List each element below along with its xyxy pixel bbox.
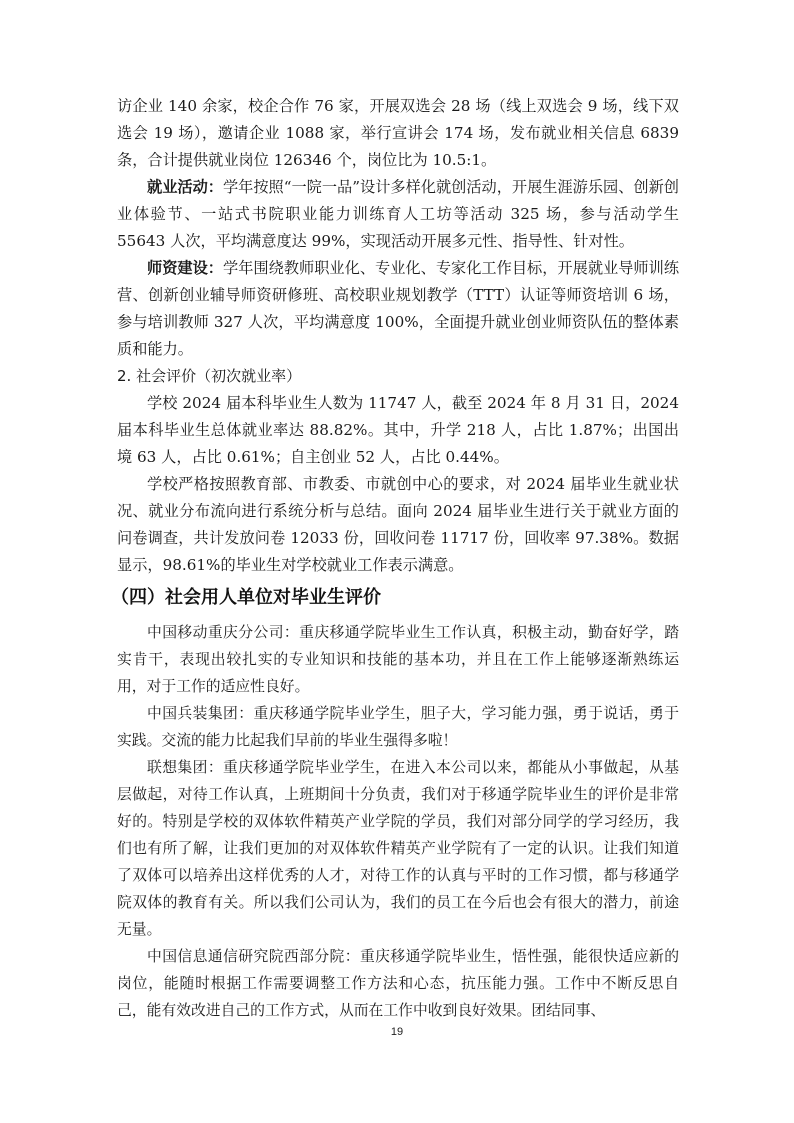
paragraph-employment-rate: 学校 2024 届本科毕业生人数为 11747 人，截至 2024 年 8 月 … xyxy=(117,390,679,471)
review-caict-west: 中国信息通信研究院西部分院：重庆移通学院毕业生，悟性强，能很快适应新的岗位，能随… xyxy=(117,943,679,1024)
paragraph-survey: 学校严格按照教育部、市教委、市就创中心的要求，对 2024 届毕业生就业状况、就… xyxy=(117,471,679,579)
review-china-mobile: 中国移动重庆分公司：重庆移通学院毕业生工作认真，积极主动，勤奋好学，踏实肯干，表… xyxy=(117,619,679,700)
review-cscgc: 中国兵装集团：重庆移通学院毕业学生，胆子大，学习能力强，勇于说话，勇于实践。交流… xyxy=(117,700,679,754)
page-number: 19 xyxy=(0,1026,794,1038)
label-employment-activities: 就业活动： xyxy=(147,178,223,196)
section-title-employer-evaluation: （四）社会用人单位对毕业生评价 xyxy=(111,583,679,613)
paragraph-employment-activities: 就业活动：学年按照“一院一品”设计多样化就创活动，开展生涯游乐园、创新创业体验节… xyxy=(117,174,679,255)
subheading-social-evaluation: 2. 社会评价（初次就业率） xyxy=(117,363,679,390)
page-content: 访企业 140 余家，校企合作 76 家，开展双选会 28 场（线上双选会 9 … xyxy=(117,93,679,1024)
document-page: 访企业 140 余家，校企合作 76 家，开展双选会 28 场（线上双选会 9 … xyxy=(0,0,794,1123)
paragraph-enterprise-visits: 访企业 140 余家，校企合作 76 家，开展双选会 28 场（线上双选会 9 … xyxy=(117,93,679,174)
paragraph-faculty-building: 师资建设：学年围绕教师职业化、专业化、专家化工作目标，开展就业导师训练营、创新创… xyxy=(117,255,679,363)
review-lenovo: 联想集团：重庆移通学院毕业学生，在进入本公司以来，都能从小事做起，从基层做起，对… xyxy=(117,754,679,943)
label-faculty-building: 师资建设： xyxy=(147,259,223,277)
